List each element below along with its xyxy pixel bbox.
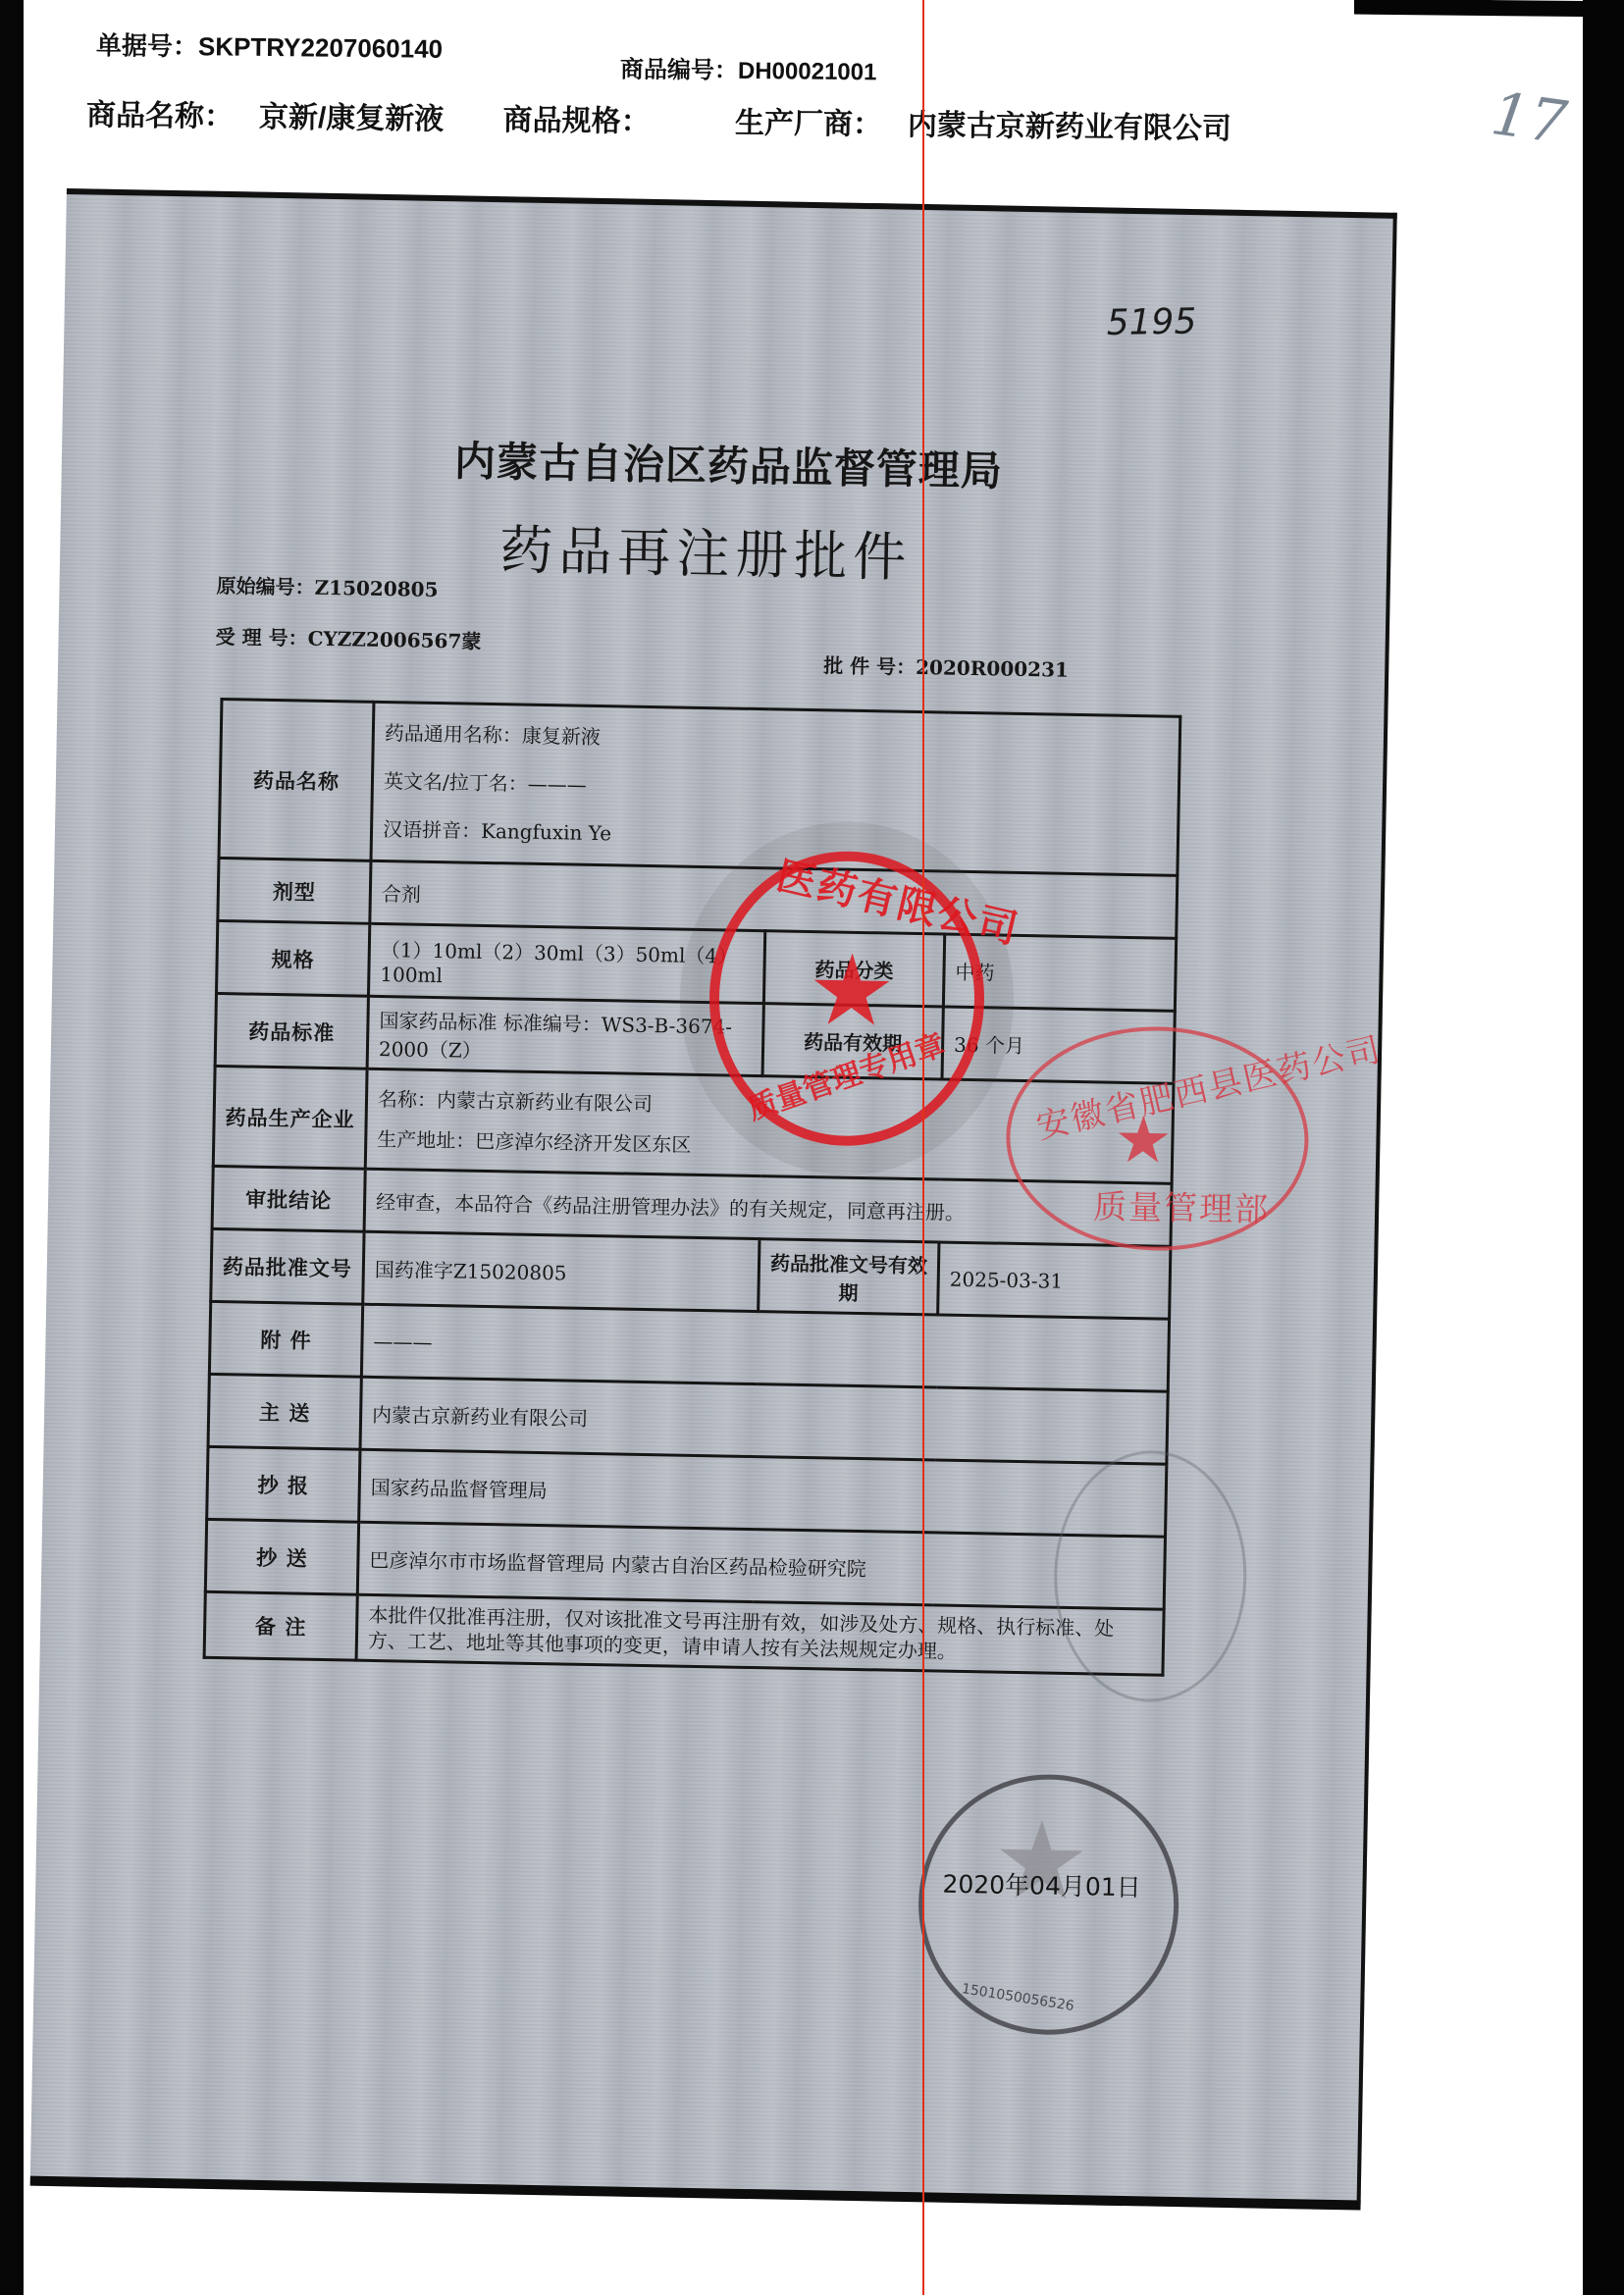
handwritten-note: 5195 xyxy=(1106,302,1196,344)
product-code-label: 商品编号： xyxy=(620,57,738,84)
product-name-value: 京新/康复新液 xyxy=(259,101,445,135)
scan-artifact-red-line xyxy=(922,0,924,2295)
bill-number-value: SKPTRY2207060140 xyxy=(198,31,443,64)
table-row-manufacturer: 药品生产企业 名称：内蒙古京新药业有限公司 生产地址：巴彦淖尔经济开发区东区 xyxy=(213,1066,1174,1183)
drug-name-label: 药品名称 xyxy=(219,699,374,861)
approval-document-number-value: 2020R000231 xyxy=(916,655,1069,682)
conclusion-label: 审批结论 xyxy=(212,1166,365,1231)
approval-document-number-label: 批 件 号： xyxy=(823,653,916,679)
manufacturer-name-value: 内蒙古京新药业有限公司 xyxy=(437,1088,653,1116)
manufacturer-label: 生产厂商： xyxy=(735,107,882,141)
product-code-value: DH00021001 xyxy=(738,58,877,85)
document-title: 药品再注册批件 xyxy=(499,508,913,592)
handwritten-page-number: 17 xyxy=(1488,79,1571,158)
product-info-row: 商品名称：京新/康复新液 商品规格： 生产厂商：内蒙古京新药业有限公司 xyxy=(86,90,1283,148)
date-seal-star-icon: ★ xyxy=(992,1798,1091,1925)
original-number-value: Z15020805 xyxy=(314,576,438,601)
scanned-approval-document: 5195 内蒙古自治区药品监督管理局 药品再注册批件 原始编号：Z1502080… xyxy=(30,188,1397,2211)
table-row-drug-name: 药品名称 药品通用名称：康复新液 英文名/拉丁名：——— 汉语拼音：Kangfu… xyxy=(219,699,1180,875)
dosage-form-label: 剂型 xyxy=(218,858,371,923)
specification-label: 规格 xyxy=(216,920,369,996)
official-date-seal xyxy=(917,1772,1181,2037)
pinyin-value: Kangfuxin Ye xyxy=(481,819,611,845)
acceptance-number-label: 受 理 号： xyxy=(215,625,307,651)
copy-to-label: 抄 送 xyxy=(205,1519,358,1594)
approval-validity-label: 药品批准文号有效期 xyxy=(759,1239,939,1315)
issue-date: 2020年04月01日 xyxy=(942,1865,1141,1904)
product-spec-label: 商品规格： xyxy=(502,104,650,138)
date-seal-serial: 1501050056526 xyxy=(961,1981,1075,2014)
approval-number-value: 国药准字Z15020805 xyxy=(363,1231,760,1311)
standard-value: 国家药品标准 标准编号：WS3-B-3674-2000（Z） xyxy=(367,996,763,1075)
issuing-agency: 内蒙古自治区药品监督管理局 xyxy=(453,429,1003,497)
bill-number-label: 单据号： xyxy=(96,30,198,61)
shelf-life-value: 36 个月 xyxy=(942,1007,1175,1083)
drug-name-cell: 药品通用名称：康复新液 英文名/拉丁名：——— 汉语拼音：Kangfuxin Y… xyxy=(371,702,1180,875)
product-name: 商品名称：京新/康复新液 xyxy=(86,99,470,136)
standard-label: 药品标准 xyxy=(215,993,368,1069)
specification-value: （1）10ml（2）30ml（3）50ml（4）100ml xyxy=(368,923,764,1003)
generic-name-value: 康复新液 xyxy=(522,724,601,749)
manufacturer-cell: 名称：内蒙古京新药业有限公司 生产地址：巴彦淖尔经济开发区东区 xyxy=(365,1069,1174,1183)
main-recipient-label: 主 送 xyxy=(208,1374,361,1449)
acceptance-number-value: CYZZ2006567蒙 xyxy=(307,627,481,653)
category-value: 中药 xyxy=(943,934,1176,1011)
manufacturer-address-value: 巴彦淖尔经济开发区东区 xyxy=(475,1128,691,1156)
acceptance-number: 受 理 号：CYZZ2006567蒙 xyxy=(215,621,481,654)
product-name-label: 商品名称： xyxy=(86,99,234,133)
manufacturer: 生产厂商：内蒙古京新药业有限公司 xyxy=(735,107,1257,145)
original-number-label: 原始编号： xyxy=(216,574,314,600)
product-spec: 商品规格： xyxy=(502,104,701,138)
manufacturer-address-label: 生产地址： xyxy=(377,1126,475,1152)
shelf-life-label: 药品有效期 xyxy=(762,1004,943,1079)
approval-table: 药品名称 药品通用名称：康复新液 英文名/拉丁名：——— 汉语拼音：Kangfu… xyxy=(203,698,1182,1677)
manufacturer-value: 内蒙古京新药业有限公司 xyxy=(908,109,1231,145)
scan-border-left xyxy=(0,0,24,2295)
manufacturer-label-cell: 药品生产企业 xyxy=(213,1066,367,1169)
approval-document-number: 批 件 号：2020R000231 xyxy=(823,650,1069,683)
approval-number-label: 药品批准文号 xyxy=(211,1228,364,1304)
product-code: 商品编号：DH00021001 xyxy=(620,50,877,87)
english-name-label: 英文名/拉丁名： xyxy=(384,769,528,796)
manufacturer-name-label: 名称： xyxy=(378,1086,437,1111)
english-name-value: ——— xyxy=(527,772,586,797)
original-number: 原始编号：Z15020805 xyxy=(216,570,438,602)
report-to-label: 抄 报 xyxy=(207,1446,360,1522)
scan-border-top xyxy=(1354,0,1624,17)
remarks-value: 本批件仅批准再注册，仅对该批准文号再注册有效，如涉及处方、规格、执行标准、处方、… xyxy=(356,1594,1164,1675)
pinyin-label: 汉语拼音： xyxy=(383,817,481,843)
bill-number: 单据号：SKPTRY2207060140 xyxy=(96,26,443,66)
attachment-label: 附 件 xyxy=(209,1301,362,1377)
generic-name-label: 药品通用名称： xyxy=(385,721,522,748)
remarks-label: 备 注 xyxy=(204,1591,357,1660)
scan-border-right xyxy=(1583,0,1624,2295)
category-label: 药品分类 xyxy=(763,931,944,1007)
approval-validity-value: 2025-03-31 xyxy=(938,1242,1171,1319)
